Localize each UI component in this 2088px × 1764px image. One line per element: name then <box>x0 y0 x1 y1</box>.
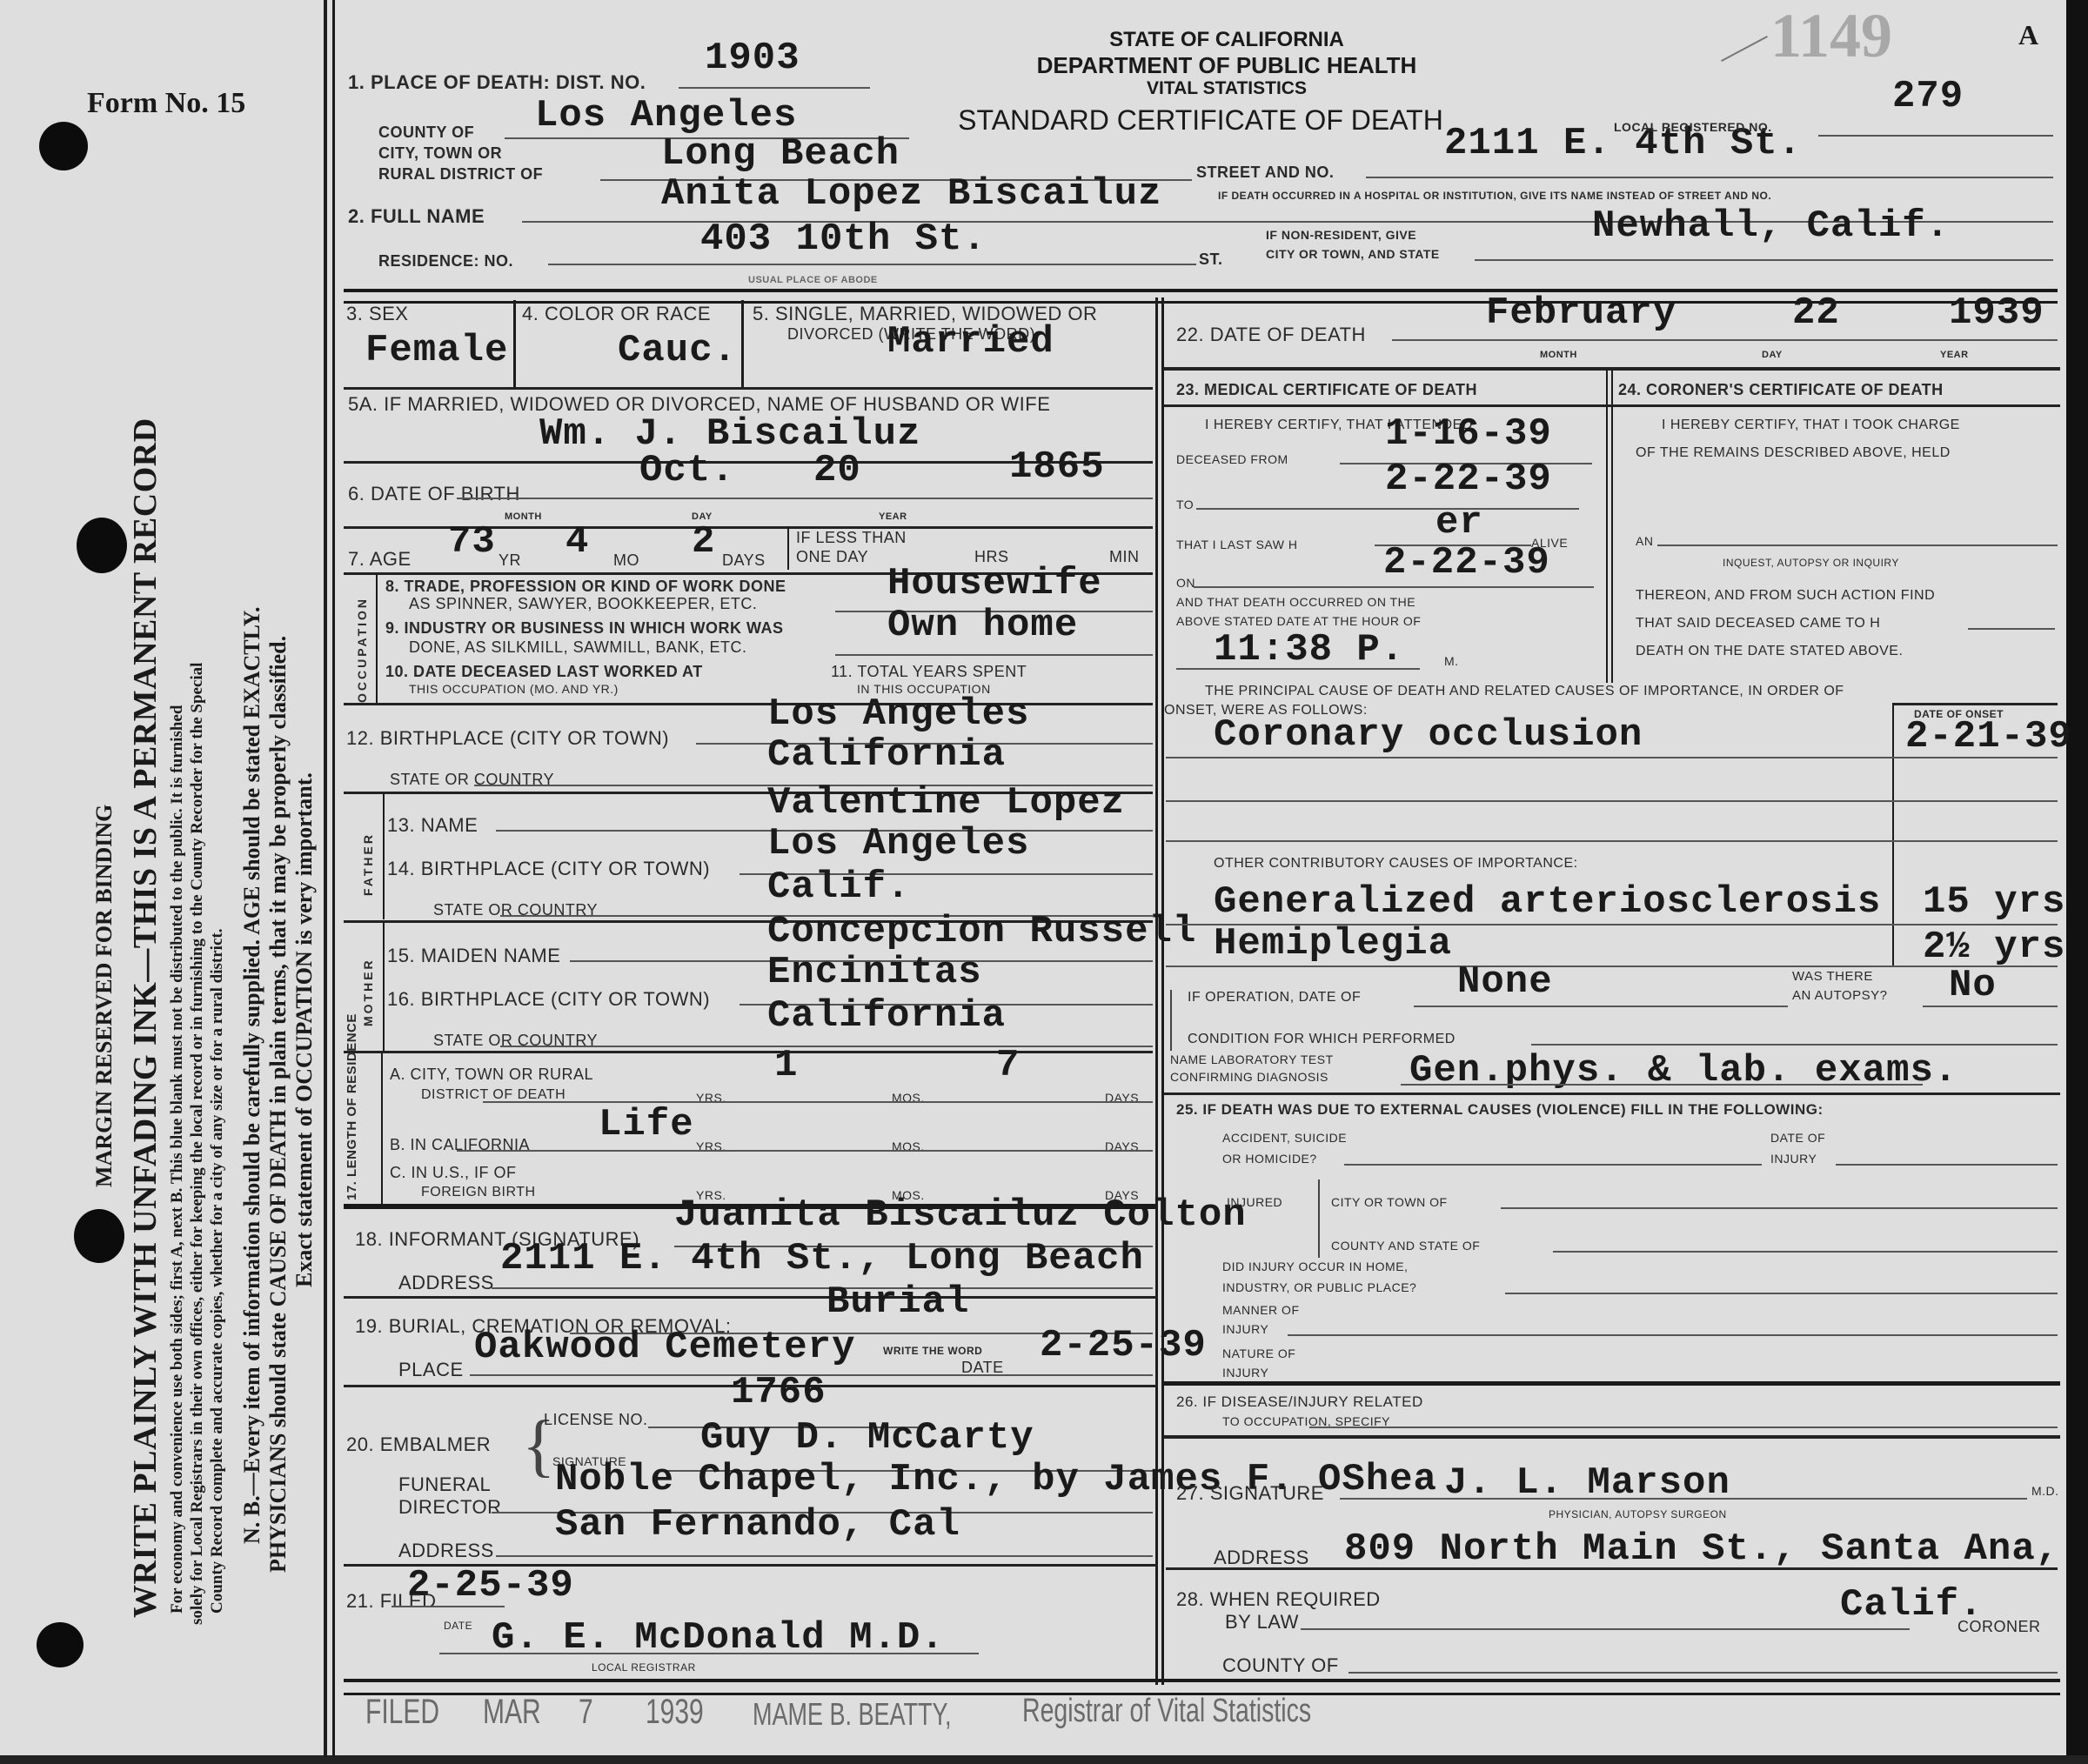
nature-label-1: NATURE OF <box>1222 1346 1295 1360</box>
funeral-label-1: FUNERAL <box>398 1473 491 1496</box>
accident-label-1: ACCIDENT, SUICIDE <box>1222 1131 1347 1145</box>
last-worked-label-2: THIS OCCUPATION (MO. AND YR.) <box>409 682 619 696</box>
row-divider <box>1164 1092 2060 1095</box>
other-cause-2-duration: 2½ yrs <box>1923 925 2065 969</box>
burial-place-label: PLACE <box>398 1359 464 1381</box>
embalmer-license: 1766 <box>731 1371 826 1414</box>
industry-label-2: DONE, AS SILKMILL, SAWMILL, BANK, ETC. <box>409 638 746 657</box>
scan-edge <box>2066 0 2088 1764</box>
funeral-label-2: DIRECTOR <box>398 1496 502 1519</box>
section-divider <box>1164 1381 2060 1386</box>
on-line <box>1194 586 1594 588</box>
cause-line-2 <box>1166 800 2058 802</box>
residence-a-label-1: A. CITY, TOWN OR RURAL <box>390 1066 593 1084</box>
onset-header-line <box>1892 703 2058 705</box>
street-line <box>1366 177 2053 178</box>
father-birthplace-label: 14. BIRTHPLACE (CITY OR TOWN) <box>387 858 710 880</box>
medical-coroner-divider-2 <box>1611 370 1613 683</box>
principal-onset: 2-21-39 <box>1905 715 2072 758</box>
informant-address: 2111 E. 4th St., Long Beach <box>500 1237 1144 1280</box>
last-worked-label-1: 10. DATE DECEASED LAST WORKED AT <box>385 663 703 681</box>
condition-label: CONDITION FOR WHICH PERFORMED <box>1188 1032 1456 1047</box>
death-month: February <box>1486 291 1676 335</box>
less-day-label-2: ONE DAY <box>796 548 868 566</box>
write-word-label: WRITE THE WORD <box>883 1345 982 1357</box>
residence-label: RESIDENCE: NO. <box>378 252 513 271</box>
manner-label-2: INJURY <box>1222 1322 1268 1336</box>
marital-value: Married <box>887 320 1054 364</box>
industry-value: Own home <box>887 604 1078 647</box>
row-divider <box>1164 1435 2060 1439</box>
race-value: Cauc. <box>618 329 737 372</box>
stamp-number: 1149 <box>1770 0 1892 72</box>
local-registrar-label: LOCAL REGISTRAR <box>592 1661 696 1674</box>
birthplace-city: Los Angeles <box>767 692 1029 736</box>
mother-name-label: 15. MAIDEN NAME <box>387 945 560 967</box>
row-divider <box>344 1296 1157 1299</box>
coroner-required-label-2: BY LAW <box>1225 1611 1299 1634</box>
external-causes-label: 25. IF DEATH WAS DUE TO EXTERNAL CAUSES … <box>1176 1101 1824 1119</box>
other-cause-2: Hemiplegia <box>1214 922 1452 966</box>
last-saw-label: THAT I LAST SAW H <box>1176 538 1297 551</box>
injured-county-line <box>1553 1251 2058 1253</box>
burial-date: 2-25-39 <box>1040 1324 1207 1367</box>
hospital-note: IF DEATH OCCURRED IN A HOSPITAL OR INSTI… <box>1218 190 1771 202</box>
last-saw-pronoun: er <box>1435 501 1483 545</box>
informant-address-label: ADDRESS <box>398 1272 494 1294</box>
mother-birthplace: Encinitas <box>767 951 982 994</box>
residence-a-months: 7 <box>996 1044 1020 1087</box>
funeral-address-label: ADDRESS <box>398 1540 494 1562</box>
race-label: 4. COLOR OR RACE <box>522 303 711 325</box>
physician-signature-line <box>1340 1498 2027 1500</box>
city-label-2: RURAL DISTRICT OF <box>378 165 543 184</box>
coroner-line-3: THEREON, AND FROM SUCH ACTION FIND <box>1636 588 1935 604</box>
md-label: M.D. <box>2031 1484 2059 1498</box>
residence-b-years: Life <box>599 1103 694 1146</box>
margin-binding-note: MARGIN RESERVED FOR BINDING <box>91 805 117 1187</box>
injured-label: INJURED <box>1227 1195 1282 1209</box>
injured-brace <box>1318 1179 1320 1258</box>
stamp-year: 1939 <box>646 1693 704 1732</box>
local-registered-label: LOCAL REGISTERED NO. <box>1614 120 1772 134</box>
sex-race-divider <box>513 300 516 387</box>
mother-state: California <box>767 994 1006 1038</box>
inquest-label: INQUEST, AUTOPSY OR INQUIRY <box>1723 557 1899 569</box>
trade-value: Housewife <box>887 562 1102 605</box>
industry-line <box>835 654 1153 656</box>
lab-value: Gen.phys. & lab. exams. <box>1409 1049 1957 1092</box>
death-month-label: MONTH <box>1540 350 1577 360</box>
license-label: LICENSE NO. <box>544 1411 648 1429</box>
trade-label-2: AS SPINNER, SAWYER, BOOKKEEPER, ETC. <box>409 595 757 613</box>
age-label: 7. AGE <box>348 548 412 571</box>
dob-year-label: YEAR <box>879 511 907 522</box>
nonresident-line <box>1475 259 2053 261</box>
nature-label-2: INJURY <box>1222 1366 1268 1380</box>
local-registered-number: 279 <box>1892 75 1964 118</box>
where-label-2: INDUSTRY, OR PUBLIC PLACE? <box>1222 1280 1416 1294</box>
coroner-line-5: DEATH ON THE DATE STATED ABOVE. <box>1636 644 1903 659</box>
to-line <box>1196 508 1579 510</box>
full-name-label: 2. FULL NAME <box>348 205 485 228</box>
physician-address-line <box>1166 1567 2058 1570</box>
occupation-side-label: OCCUPATION <box>355 597 369 703</box>
stamp-filed: FILED <box>365 1693 439 1732</box>
occurred-label-1: AND THAT DEATH OCCURRED ON THE <box>1176 595 1415 609</box>
full-name-value: Anita Lopez Biscailuz <box>661 172 1162 216</box>
date-injury-line <box>1836 1164 2058 1166</box>
coroner-h-line <box>1968 628 2055 630</box>
binding-hole-3 <box>74 1209 124 1263</box>
coroner-county-label: COUNTY OF <box>1222 1654 1339 1677</box>
operation-value: None <box>1457 960 1553 1004</box>
mother-side-label: MOTHER <box>361 958 375 1026</box>
dob-label: 6. DATE OF BIRTH <box>348 483 520 505</box>
dob-day: 20 <box>813 449 861 492</box>
medical-title: 23. MEDICAL CERTIFICATE OF DEATH <box>1176 381 1477 399</box>
death-year: 1939 <box>1949 291 2044 335</box>
funeral-address-line <box>496 1555 1153 1557</box>
m-label: M. <box>1444 654 1459 668</box>
informant-address-line <box>492 1287 1153 1289</box>
cause-line-3 <box>1166 840 2058 842</box>
mother-side-divider <box>383 922 385 1051</box>
margin-nb-2: PHYSICIANS should state CAUSE OF DEATH i… <box>265 636 291 1573</box>
filed-label: 21. FILED <box>346 1590 437 1613</box>
occupation-related-line <box>1309 1427 2058 1428</box>
stamp-day: 7 <box>579 1693 593 1732</box>
funeral-address: San Fernando, Cal <box>555 1503 960 1547</box>
coroner-required-line <box>1301 1628 1910 1630</box>
hour-of-death: 11:38 P. <box>1214 628 1404 672</box>
physician-role-label: PHYSICIAN, AUTOPSY SURGEON <box>1549 1508 1727 1520</box>
binding-hole-1 <box>39 122 88 170</box>
margin-economy-1: For economy and convenience use both sid… <box>168 705 187 1614</box>
coroner-line-2: OF THE REMAINS DESCRIBED ABOVE, HELD <box>1636 445 1951 461</box>
last-saw-date: 2-22-39 <box>1383 541 1550 585</box>
principal-cause: Coronary occlusion <box>1214 713 1643 757</box>
binding-hole-2 <box>77 518 127 573</box>
autopsy-label-1: WAS THERE <box>1792 969 1873 984</box>
certificate-title: STANDARD CERTIFICATE OF DEATH <box>913 104 1488 137</box>
father-state: Calif. <box>767 865 910 909</box>
where-label-1: DID INJURY OCCUR IN HOME, <box>1222 1260 1408 1273</box>
coroner-line-4: THAT SAID DECEASED CAME TO H <box>1636 616 1880 631</box>
min-label: MIN <box>1109 548 1140 566</box>
binding-hole-4 <box>37 1622 84 1667</box>
condition-line <box>1531 1044 2058 1046</box>
residence-length-side-label: 17. LENGTH OF RESIDENCE <box>345 1013 359 1200</box>
total-years-label-1: 11. TOTAL YEARS SPENT <box>831 663 1027 681</box>
residence-a-years: 1 <box>774 1044 798 1087</box>
age-days: 2 <box>692 520 715 564</box>
usual-place-label: USUAL PLACE OF ABODE <box>748 275 878 285</box>
coroner-line-1: I HEREBY CERTIFY, THAT I TOOK CHARGE <box>1662 418 1960 433</box>
birthplace-state: California <box>767 733 1006 777</box>
city-label-1: CITY, TOWN OR <box>378 144 502 163</box>
filed-line <box>391 1606 505 1607</box>
father-birthplace: Los Angeles <box>767 822 1029 865</box>
less-day-label-1: IF LESS THAN <box>796 529 907 547</box>
trade-label-1: 8. TRADE, PROFESSION OR KIND OF WORK DON… <box>385 578 786 596</box>
scan-edge-bottom <box>0 1755 2088 1764</box>
attended-from: 1-16-39 <box>1385 412 1552 456</box>
father-name-label: 13. NAME <box>387 814 478 837</box>
coroner-an-label: AN <box>1636 534 1653 548</box>
age-mo-label: MO <box>613 551 639 570</box>
other-cause-1-duration: 15 yrs <box>1923 880 2065 924</box>
residence-a-line <box>483 1101 1153 1103</box>
age-divider <box>787 526 789 570</box>
on-label: ON <box>1176 576 1195 590</box>
autopsy-label-2: AN AUTOPSY? <box>1792 988 1887 1003</box>
age-months: 4 <box>565 520 589 564</box>
coroner-required-label-1: 28. WHEN REQUIRED <box>1176 1588 1381 1611</box>
margin-write-plainly: WRITE PLAINLY WITH UNFADING INK—THIS IS … <box>126 418 164 1618</box>
nonresident-label-1: IF NON-RESIDENT, GIVE <box>1266 228 1416 242</box>
lab-line <box>1401 1084 1923 1086</box>
other-cause-1: Generalized arteriosclerosis <box>1214 880 1881 924</box>
age-years: 73 <box>448 520 496 564</box>
age-yr-label: YR <box>499 551 521 570</box>
margin-divider-2 <box>332 0 335 1757</box>
margin-economy-2: solely for Local Registrars in their own… <box>188 663 207 1625</box>
mother-state-line <box>500 1046 1153 1047</box>
margin-divider <box>324 0 327 1757</box>
city-value: Long Beach <box>661 132 900 176</box>
industry-label-1: 9. INDUSTRY OR BUSINESS IN WHICH WORK WA… <box>385 619 784 638</box>
accident-line <box>1344 1164 1762 1166</box>
nonresident-label-2: CITY OR TOWN, AND STATE <box>1266 247 1440 261</box>
county-label: COUNTY OF <box>378 124 474 142</box>
dist-line <box>679 87 870 89</box>
attended-to: 2-22-39 <box>1385 458 1552 501</box>
side-letter: A <box>2018 19 2038 51</box>
death-date-line <box>1392 339 2058 341</box>
mother-birthplace-label: 16. BIRTHPLACE (CITY OR TOWN) <box>387 988 710 1011</box>
margin-nb-1: N. B.—Every item of information should b… <box>239 607 265 1544</box>
residence-line <box>548 264 1196 265</box>
manner-line <box>1288 1334 2058 1336</box>
sex-value: Female <box>365 329 508 372</box>
coroner-county-line <box>1348 1672 2058 1674</box>
injured-city-line <box>1501 1207 2058 1209</box>
nonresident-value: Newhall, Calif. <box>1592 204 1950 248</box>
other-cause-line-2 <box>1166 966 2058 967</box>
dob-line <box>457 498 1153 499</box>
lab-label-2: CONFIRMING DIAGNOSIS <box>1170 1070 1328 1084</box>
death-day: 22 <box>1792 291 1840 335</box>
birthplace-label: 12. BIRTHPLACE (CITY OR TOWN) <box>346 727 669 750</box>
deceased-from-label: DECEASED FROM <box>1176 452 1288 466</box>
manner-label-1: MANNER OF <box>1222 1303 1300 1317</box>
filed-date-label: DATE <box>444 1620 472 1632</box>
date-of-death-label: 22. DATE OF DEATH <box>1176 324 1366 346</box>
occupation-side-divider <box>376 574 378 703</box>
header-vital: VITAL STATISTICS <box>983 78 1470 99</box>
lab-label-1: NAME LABORATORY TEST <box>1170 1052 1334 1066</box>
father-name: Valentine Lopez <box>767 781 1125 825</box>
stamp-month: MAR <box>483 1693 541 1732</box>
margin-nb-3: Exact statement of OCCUPATION is very im… <box>291 772 318 1287</box>
embalmer-signature: Guy D. McCarty <box>700 1416 1034 1460</box>
residence-value: 403 10th St. <box>700 217 987 261</box>
medical-coroner-divider <box>1606 370 1608 683</box>
registrar-line <box>439 1653 979 1654</box>
father-side-divider <box>383 793 385 919</box>
form-number: Form No. 15 <box>87 87 245 120</box>
dob-month: Oct. <box>639 449 735 492</box>
street-label: STREET AND NO. <box>1196 164 1334 182</box>
stamp-registrar-name: MAME B. BEATTY, <box>753 1696 952 1733</box>
age-days-label: DAYS <box>722 551 766 570</box>
death-year-label: YEAR <box>1940 350 1969 360</box>
autopsy-line <box>1923 1006 2058 1007</box>
margin-economy-3: County Record complete and accurate copi… <box>208 929 227 1614</box>
accident-label-2: OR HOMICIDE? <box>1222 1152 1317 1166</box>
coroner-title: 24. CORONER'S CERTIFICATE OF DEATH <box>1618 381 1944 399</box>
county-value: Los Angeles <box>535 94 797 137</box>
principal-cause-label-1: THE PRINCIPAL CAUSE OF DEATH AND RELATED… <box>1205 684 1844 699</box>
residence-b-line <box>457 1150 1153 1152</box>
row-divider <box>344 387 1153 390</box>
row-divider <box>344 1051 1153 1053</box>
onset-column-divider <box>1892 703 1894 966</box>
header-department: DEPARTMENT OF PUBLIC HEALTH <box>948 52 1505 79</box>
physician-address-label: ADDRESS <box>1214 1547 1309 1569</box>
to-label: TO <box>1176 498 1194 511</box>
date-injury-label-1: DATE OF <box>1770 1131 1825 1145</box>
st-label: ST. <box>1199 251 1223 269</box>
local-reg-line <box>1818 135 2053 137</box>
operation-line <box>1414 1006 1788 1007</box>
header-state: STATE OF CALIFORNIA <box>983 28 1470 52</box>
mother-name: Concepcion Russell <box>767 910 1196 953</box>
dob-year: 1865 <box>1009 445 1105 489</box>
race-marital-divider <box>741 300 744 387</box>
occupation-related-label-1: 26. IF DISEASE/INJURY RELATED <box>1176 1393 1423 1411</box>
physician-address: 809 North Main St., Santa Ana, <box>1344 1527 2059 1571</box>
hour-line <box>1176 668 1420 670</box>
place-of-death-label: 1. PLACE OF DEATH: DIST. NO. <box>348 71 646 94</box>
father-side-label: FATHER <box>361 832 375 896</box>
burial-place: Oakwood Cemetery <box>474 1326 855 1369</box>
injured-city-label: CITY OR TOWN OF <box>1331 1195 1448 1209</box>
residence-c-label-1: C. IN U.S., IF OF <box>390 1164 517 1182</box>
cause-line-1 <box>1166 757 2058 758</box>
date-injury-label-2: INJURY <box>1770 1152 1817 1166</box>
stamp-registrar-title: Registrar of Vital Statistics <box>1022 1693 1311 1730</box>
coroner-an-line <box>1657 545 2058 546</box>
district-number: 1903 <box>705 37 800 80</box>
autopsy-value: No <box>1949 964 1997 1007</box>
operation-brace <box>1170 990 1172 1051</box>
signature-label: 27. SIGNATURE <box>1176 1482 1324 1505</box>
dob-month-label: MONTH <box>505 511 542 522</box>
death-day-label: DAY <box>1762 350 1783 360</box>
sex-label: 3. SEX <box>346 303 408 325</box>
embalmer-label: 20. EMBALMER <box>346 1433 491 1456</box>
residence-c-label-2: FOREIGN BIRTH <box>421 1185 536 1200</box>
injured-county-label: COUNTY AND STATE OF <box>1331 1239 1480 1253</box>
other-causes-label: OTHER CONTRIBUTORY CAUSES OF IMPORTANCE: <box>1214 856 1578 872</box>
informant-name: Juanita Biscailuz Colton <box>674 1193 1247 1237</box>
operation-label: IF OPERATION, DATE OF <box>1188 990 1361 1006</box>
row-divider <box>344 703 1153 705</box>
residence-length-divider <box>381 1052 383 1205</box>
burial-type: Burial <box>826 1280 969 1324</box>
row-divider <box>1164 404 2060 407</box>
coroner-label: CORONER <box>1957 1618 2041 1636</box>
where-line <box>1505 1293 2058 1294</box>
occurred-label-2: ABOVE STATED DATE AT THE HOUR OF <box>1176 614 1421 628</box>
